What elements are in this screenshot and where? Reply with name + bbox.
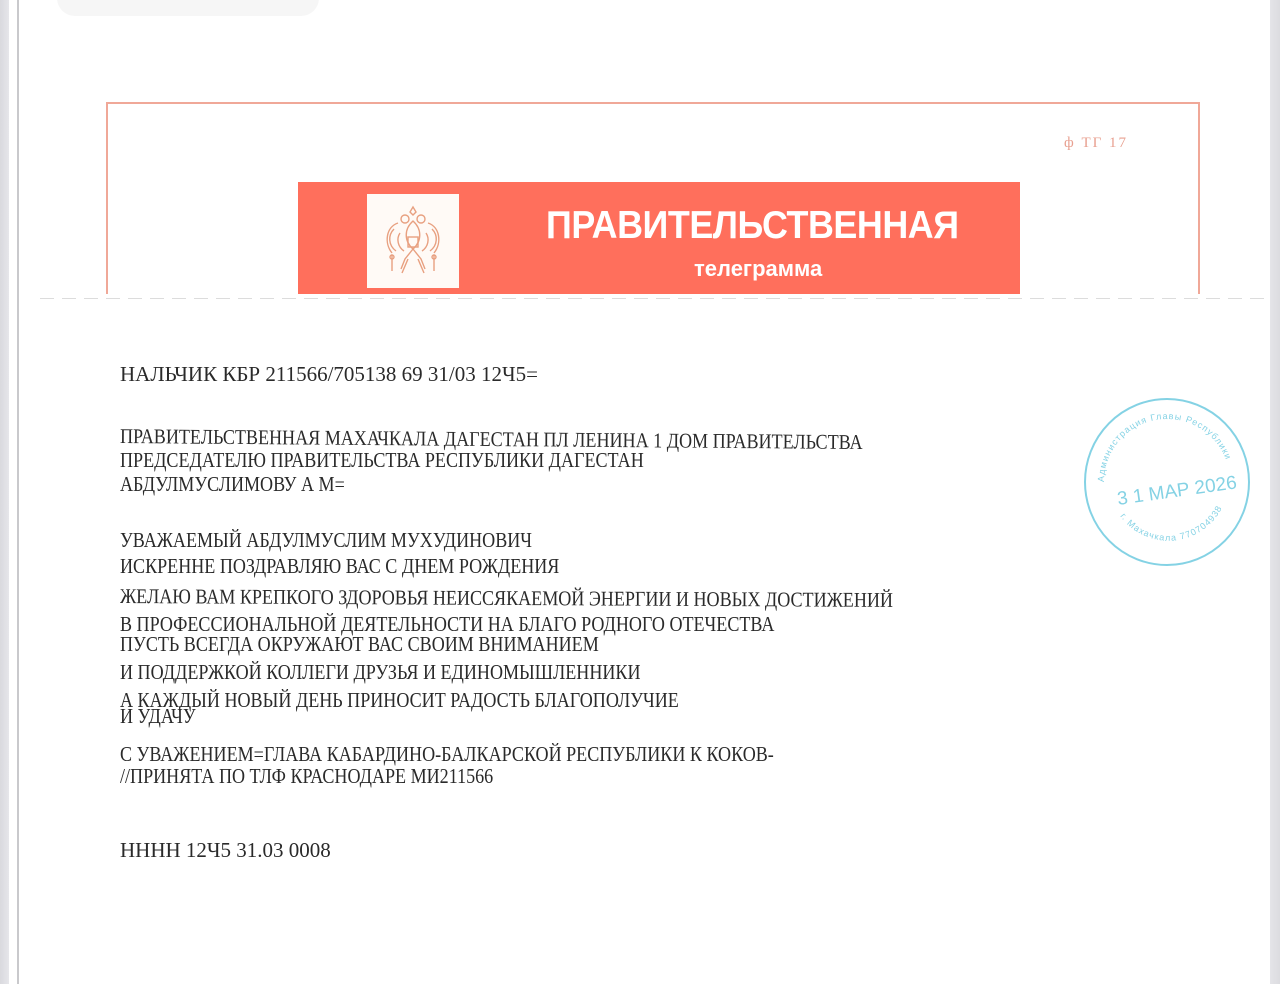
body-line: А КАЖДЫЙ НОВЫЙ ДЕНЬ ПРИНОСИТ РАДОСТЬ БЛА…	[120, 688, 679, 713]
form-code: ф ТГ 17	[1064, 135, 1128, 152]
body-line: ПУСТЬ ВСЕГДА ОКРУЖАЮТ ВАС СВОИМ ВНИМАНИЕ…	[120, 632, 599, 657]
viewer-left-edge	[0, 0, 9, 984]
stamp-date: 3 1 МАР 2026	[1116, 472, 1238, 510]
body-line: И ПОДДЕРЖКОЙ КОЛЛЕГИ ДРУЗЬЯ И ЕДИНОМЫШЛЕ…	[120, 660, 641, 685]
viewer-right-edge	[1270, 0, 1280, 984]
body-line: ИСКРЕННЕ ПОЗДРАВЛЯЮ ВАС С ДНЕМ РОЖДЕНИЯ	[120, 554, 559, 579]
body-line: УВАЖАЕМЫЙ АБДУЛМУСЛИМ МУХУДИНОВИЧ	[120, 528, 532, 553]
government-telegram-banner: ПРАВИТЕЛЬСТВЕННАЯ телеграмма	[298, 182, 1020, 300]
body-line: //ПРИНЯТА ПО ТЛФ КРАСНОДАРЕ МИ211566	[120, 764, 493, 789]
svg-text:Администрация Главы Республики: Администрация Главы Республики	[1096, 411, 1234, 482]
banner-title: ПРАВИТЕЛЬСТВЕННАЯ	[546, 204, 960, 248]
address-line: АБДУЛМУСЛИМОВУ А М=	[120, 472, 345, 497]
banner-subtitle: телеграмма	[694, 256, 822, 282]
address-line: ПРЕДСЕДАТЕЛЮ ПРАВИТЕЛЬСТВА РЕСПУБЛИКИ ДА…	[120, 448, 644, 473]
page-border-line	[17, 0, 19, 984]
torn-paper-shadow	[40, 298, 1270, 299]
telegram-header-line: НАЛЬЧИК КБР 211566/705138 69 31/03 12Ч5=	[120, 362, 538, 387]
received-date-stamp: Администрация Главы Республики 3 1 МАР 2…	[1082, 396, 1252, 568]
torn-paper-edge	[40, 294, 1270, 304]
russian-coat-of-arms-icon	[367, 194, 459, 288]
telegram-footer-line: НННН 12Ч5 31.03 0008	[120, 838, 331, 863]
body-line: И УДАЧУ	[120, 704, 196, 729]
viewer-top-bar	[57, 0, 319, 16]
body-line: ЖЕЛАЮ ВАМ КРЕПКОГО ЗДОРОВЬЯ НЕИССЯКАЕМОЙ…	[120, 584, 893, 613]
